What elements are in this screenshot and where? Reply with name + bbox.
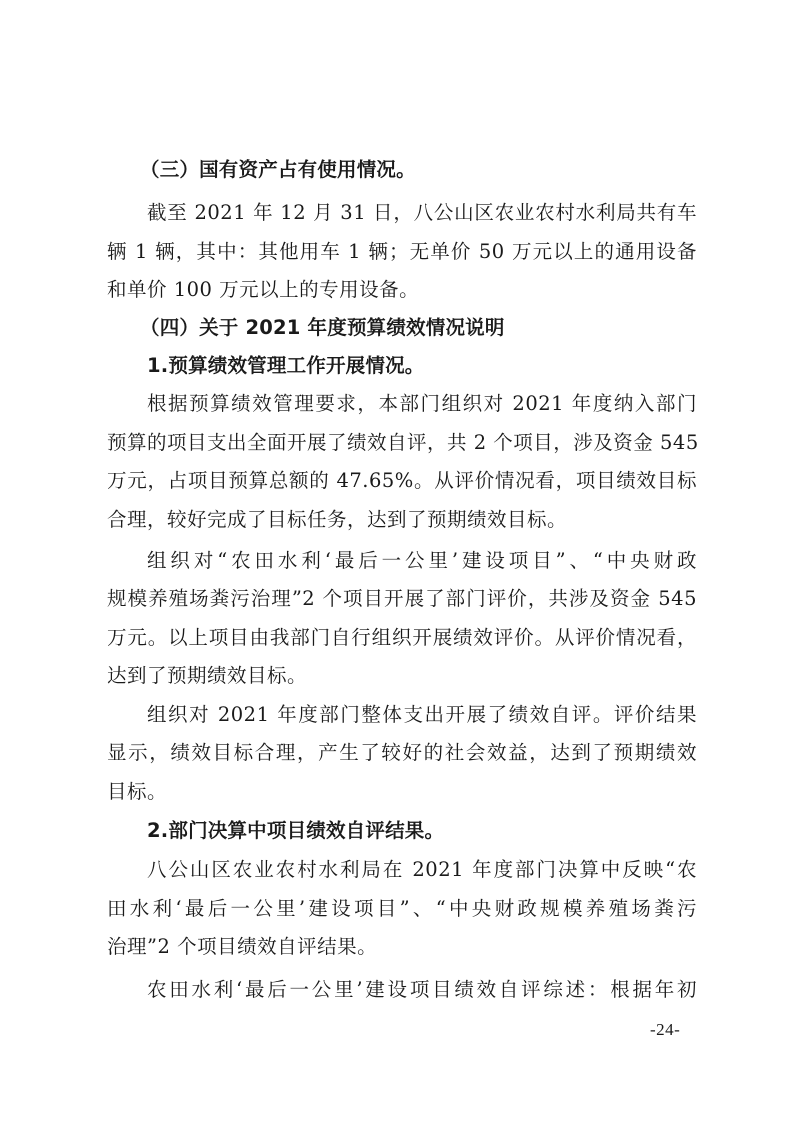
paragraph-line: 截至 2021 年 12 月 31 日，八公山区农业农村水利局共有车 bbox=[147, 200, 697, 226]
paragraph-line: 万元。以上项目由我部门自行组织开展绩效评价。从评价情况看， bbox=[107, 625, 697, 651]
paragraph-line: 规模养殖场粪污治理”2 个项目开展了部门评价，共涉及资金 545 bbox=[107, 586, 697, 612]
paragraph-line: 田水利‘最后一公里’建设项目”、“中央财政规模养殖场粪污 bbox=[107, 896, 697, 922]
paragraph-line: 显示，绩效目标合理，产生了较好的社会效益，达到了预期绩效 bbox=[107, 740, 697, 766]
section-heading-state-assets: （三）国有资产占有使用情况。 bbox=[140, 157, 730, 183]
paragraph-line: 万元，占项目预算总额的 47.65%。从评价情况看，项目绩效目标 bbox=[107, 468, 697, 494]
paragraph-line: 合理，较好完成了目标任务，达到了预期绩效目标。 bbox=[107, 507, 697, 533]
paragraph-line: 组织对“农田水利‘最后一公里’建设项目”、“中央财政 bbox=[147, 548, 697, 574]
paragraph-line: 目标。 bbox=[107, 779, 697, 805]
paragraph-line: 和单价 100 万元以上的专用设备。 bbox=[107, 277, 697, 303]
paragraph-line: 辆 1 辆，其中：其他用车 1 辆；无单价 50 万元以上的通用设备 bbox=[107, 239, 697, 265]
subsection-heading-1: 1.预算绩效管理工作开展情况。 bbox=[147, 353, 737, 379]
paragraph-line: 治理”2 个项目绩效自评结果。 bbox=[107, 934, 697, 960]
subsection-heading-2: 2.部门决算中项目绩效自评结果。 bbox=[147, 818, 737, 844]
paragraph-line: 达到了预期绩效目标。 bbox=[107, 663, 697, 689]
paragraph-line: 根据预算绩效管理要求，本部门组织对 2021 年度纳入部门 bbox=[147, 391, 697, 417]
paragraph-line: 农田水利‘最后一公里’建设项目绩效自评综述：根据年初 bbox=[147, 977, 697, 1003]
paragraph-line: 八公山区农业农村水利局在 2021 年度部门决算中反映“农 bbox=[147, 857, 697, 883]
paragraph-line: 组织对 2021 年度部门整体支出开展了绩效自评。评价结果 bbox=[147, 702, 697, 728]
section-heading-performance: （四）关于 2021 年度预算绩效情况说明 bbox=[140, 315, 730, 341]
paragraph-line: 预算的项目支出全面开展了绩效自评，共 2 个项目，涉及资金 545 bbox=[107, 430, 697, 456]
document-page: （三）国有资产占有使用情况。 截至 2021 年 12 月 31 日，八公山区农… bbox=[0, 0, 793, 1122]
page-number: -24- bbox=[650, 1020, 680, 1040]
